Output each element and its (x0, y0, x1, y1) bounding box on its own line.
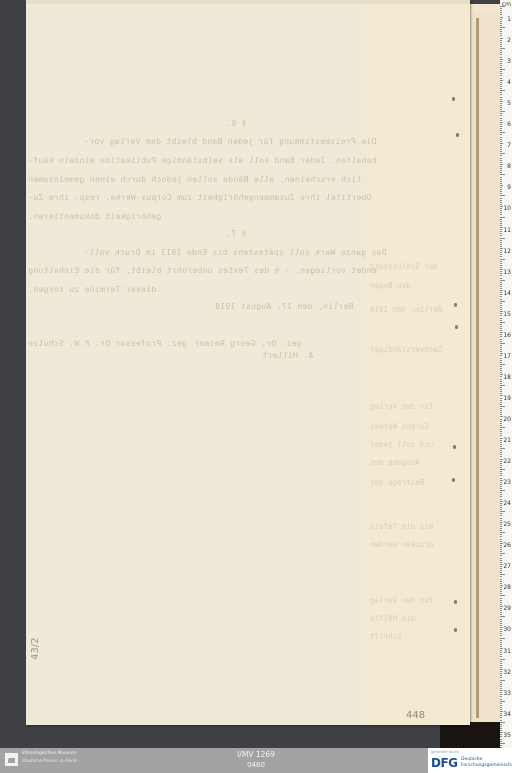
ruler-tick (500, 145, 502, 146)
ruler-tick (500, 677, 502, 678)
ruler-tick (500, 130, 502, 131)
ruler-tick (500, 231, 502, 232)
ruler-tick (500, 595, 505, 596)
ruler-tick (500, 17, 503, 18)
ruler-tick (500, 168, 502, 169)
ruler-tick (500, 84, 502, 85)
ruler-tick (500, 429, 502, 430)
ruler-tick (500, 682, 502, 683)
ruler-tick (500, 467, 502, 468)
ruler-tick (500, 82, 502, 83)
ruler-tick (500, 65, 502, 66)
ruler-tick (500, 421, 502, 422)
ruler-tick (500, 118, 502, 119)
ruler-tick (500, 469, 505, 470)
ruler-tick (500, 61, 502, 62)
ruler-tick (500, 63, 502, 64)
ruler-tick (500, 261, 502, 262)
ruler-tick (500, 364, 505, 365)
document-text-line: lich erscheinen, alle Bände sollen jedoc… (28, 174, 361, 184)
ruler-tick (500, 579, 502, 580)
ruler-tick (500, 107, 502, 108)
ruler-tick (500, 680, 505, 681)
ruler-tick (500, 547, 502, 548)
bleedthrough-text-line: Sachverständiger (370, 345, 442, 354)
funded-by-label: gefördert durch (431, 750, 459, 754)
ruler-tick (500, 513, 502, 514)
ruler-tick (500, 686, 502, 687)
ruler-tick (500, 67, 502, 68)
ruler-tick (500, 242, 502, 243)
ruler-tick (500, 126, 502, 127)
ruler-tick (500, 78, 502, 79)
ruler-tick (500, 8, 502, 9)
ruler-tick (500, 244, 502, 245)
ruler-number: 4 (507, 79, 511, 86)
ruler-tick (500, 73, 502, 74)
ruler-tick (500, 360, 502, 361)
ruler-tick (500, 349, 502, 350)
ruler-tick (500, 14, 502, 15)
ruler-tick (500, 383, 502, 384)
ruler-tick (500, 221, 502, 222)
bleedthrough-text-line: Corpus Werkes (370, 422, 429, 431)
ruler-tick (500, 141, 502, 142)
ruler-tick (500, 284, 502, 285)
document-text-line: § 6. (226, 118, 247, 128)
ruler-tick (500, 511, 505, 512)
ruler-tick (500, 494, 502, 495)
ruler-number: 15 (503, 311, 511, 318)
ruler-tick (500, 250, 502, 251)
ruler-tick (500, 743, 505, 744)
ruler-tick (500, 50, 502, 51)
ruler-tick (500, 355, 502, 356)
ruler-tick (500, 665, 502, 666)
ruler-tick (500, 124, 502, 125)
ruler-tick (500, 724, 502, 725)
punch-hole (454, 600, 457, 604)
ruler-tick (500, 598, 502, 599)
ruler-tick (500, 288, 502, 289)
ruler-number: 27 (503, 563, 511, 570)
ruler-tick (500, 568, 502, 569)
ruler-tick (500, 589, 502, 590)
ruler-number: 6 (507, 121, 511, 128)
ruler-tick (500, 486, 502, 487)
ruler-tick (500, 320, 502, 321)
ruler-tick (500, 372, 502, 373)
ruler-number: 18 (503, 374, 511, 381)
document-text-line: § 7. (226, 228, 247, 238)
ruler-tick (500, 179, 502, 180)
ruler-tick (500, 153, 505, 154)
ruler-tick (500, 256, 502, 257)
ruler-tick (500, 625, 502, 626)
ruler-tick (500, 271, 502, 272)
ruler-tick (500, 111, 505, 112)
ruler-number: 14 (503, 290, 511, 297)
ruler-tick (500, 339, 502, 340)
ruler-tick (500, 370, 502, 371)
ruler-number: 10 (503, 205, 511, 212)
ruler-tick (500, 435, 502, 436)
document-text-line: dieser Termine zu sorgen. (28, 284, 156, 294)
ruler-tick (500, 246, 502, 247)
ruler-tick (500, 454, 502, 455)
ruler-tick (500, 115, 502, 116)
ruler-tick (500, 650, 502, 651)
ruler-tick (500, 635, 502, 636)
ruler-tick (500, 496, 502, 497)
ruler-tick (500, 328, 502, 329)
ruler-tick (500, 699, 502, 700)
ruler-tick (500, 570, 502, 571)
ruler-tick (500, 492, 502, 493)
ruler-tick (500, 109, 502, 110)
ruler-tick (500, 410, 502, 411)
ruler-tick (500, 414, 502, 415)
ruler-tick (500, 113, 502, 114)
ruler-tick (500, 313, 502, 314)
ruler-tick (500, 709, 502, 710)
ruler-tick (500, 728, 502, 729)
ruler-tick (500, 296, 502, 297)
ruler-tick (500, 440, 502, 441)
ruler-tick (500, 387, 502, 388)
dfg-logo-icon: DFG (431, 756, 458, 770)
ruler-tick (500, 299, 502, 300)
ruler-tick (500, 715, 502, 716)
ruler-tick (500, 602, 502, 603)
ruler-tick (500, 518, 502, 519)
ruler-tick (500, 463, 502, 464)
ruler-tick (500, 345, 502, 346)
ruler-tick (500, 368, 502, 369)
ruler-tick (500, 33, 502, 34)
ruler-tick (500, 608, 502, 609)
ruler-tick (500, 507, 502, 508)
ruler-tick (500, 465, 502, 466)
ruler-tick (500, 621, 502, 622)
ruler-tick (500, 381, 502, 382)
ruler-tick (500, 614, 502, 615)
ruler-number: 7 (507, 142, 511, 149)
ruler-tick (500, 673, 502, 674)
ruler-tick (500, 629, 502, 630)
ruler-tick (500, 137, 502, 138)
ruler-tick (500, 376, 502, 377)
ruler-number: 35 (503, 732, 511, 739)
ruler-tick (500, 162, 502, 163)
ruler-tick (500, 204, 502, 205)
ruler-number: 12 (503, 248, 511, 255)
ruler-tick (500, 545, 502, 546)
ruler-tick (500, 433, 502, 434)
page-top-edge (26, 0, 470, 4)
ruler-tick (500, 633, 502, 634)
ruler-tick (500, 21, 502, 22)
ruler-tick (500, 612, 502, 613)
ruler-tick (500, 273, 502, 274)
ruler-tick (500, 40, 502, 41)
ruler-tick (500, 530, 502, 531)
ruler-tick (500, 139, 502, 140)
ruler-tick (500, 558, 502, 559)
document-text-line: gehörigkeit dokumentieren. (28, 211, 161, 221)
document-text-line: endet vorliegen, - ½ des Textes unberühr… (28, 265, 377, 275)
ruler-tick (500, 696, 502, 697)
ruler-number: 23 (503, 479, 511, 486)
ruler-tick (500, 155, 502, 156)
ruler-tick (500, 423, 502, 424)
ruler-tick (500, 38, 503, 39)
ruler-tick (500, 694, 502, 695)
ruler-tick (500, 358, 502, 359)
ruler-tick (500, 661, 502, 662)
ruler-tick (500, 94, 502, 95)
ruler-tick (500, 160, 502, 161)
ruler-tick (500, 398, 502, 399)
ruler-tick (500, 42, 502, 43)
punch-hole (452, 478, 455, 482)
ruler-tick (500, 267, 502, 268)
bleedthrough-text-line: der Schlusssatz (370, 262, 438, 271)
ruler-tick (500, 198, 502, 199)
punch-hole (453, 445, 456, 449)
ruler-tick (500, 229, 502, 230)
ruler-tick (500, 452, 502, 453)
ruler-tick (500, 280, 505, 281)
ruler-tick (500, 379, 502, 380)
ruler-tick (500, 86, 502, 87)
ruler-tick (500, 505, 502, 506)
punch-hole (454, 303, 457, 307)
ruler-tick (500, 309, 502, 310)
ruler-tick (500, 19, 502, 20)
ruler-tick (500, 366, 502, 367)
ruler-tick (500, 97, 502, 98)
ruler-tick (500, 307, 502, 308)
ruler-tick (500, 25, 502, 26)
ruler-tick (500, 646, 502, 647)
ruler-number: 25 (503, 521, 511, 528)
punch-hole (456, 133, 459, 137)
ruler-tick (500, 195, 505, 196)
ruler-tick (500, 623, 502, 624)
ruler-number: 22 (503, 458, 511, 465)
funder-name-line1: Deutsche (461, 757, 482, 762)
ruler-tick (500, 99, 502, 100)
handwritten-page-number: 448 (406, 710, 425, 721)
ruler-tick (500, 566, 502, 567)
cm-ruler: cm 1234567891011121314151617181920212223… (500, 0, 512, 748)
ruler-tick (500, 456, 502, 457)
ruler-number: 29 (503, 605, 511, 612)
ruler-tick (500, 736, 502, 737)
ruler-tick (500, 191, 502, 192)
ruler-tick (500, 52, 502, 53)
ruler-tick (500, 92, 502, 93)
ruler-tick (500, 526, 502, 527)
ruler-tick (500, 330, 502, 331)
ruler-tick (500, 35, 502, 36)
ruler-tick (500, 741, 502, 742)
ruler-tick (500, 675, 502, 676)
bleedthrough-text-line: und soll jeder (370, 440, 433, 449)
ruler-tick (500, 185, 503, 186)
ruler-tick (500, 305, 502, 306)
ruler-tick (500, 425, 502, 426)
ruler-tick (500, 532, 505, 533)
ruler-tick (500, 80, 503, 81)
ruler-tick (500, 101, 503, 102)
ruler-tick (500, 172, 502, 173)
ruler-tick (500, 701, 505, 702)
ruler-tick (500, 238, 505, 239)
ruler-tick (500, 286, 502, 287)
ruler-tick (500, 427, 505, 428)
ruler-tick (500, 324, 502, 325)
ruler-tick (500, 659, 505, 660)
ruler-tick (500, 616, 505, 617)
ruler-tick (500, 122, 503, 123)
ruler-tick (500, 181, 502, 182)
document-text-line: Berlin, den 17. August 1910 (215, 301, 354, 311)
document-text-line: Das ganze Werk soll spätestens bis Ende … (84, 247, 387, 257)
document-text-line: A. Hillert (262, 350, 313, 360)
ruler-tick (500, 347, 502, 348)
ruler-tick (500, 6, 505, 7)
bleedthrough-text-line: Ausgabe des (370, 458, 420, 467)
ruler-number: 33 (503, 690, 511, 697)
ruler-tick (500, 444, 502, 445)
ruler-tick (500, 705, 502, 706)
ruler-tick (500, 478, 502, 479)
ruler-tick (500, 59, 503, 60)
ruler-tick (500, 44, 502, 45)
archive-footer-bar: Ethnologisches Museum Staatliche Museen … (0, 748, 512, 773)
page-fold-shadow (476, 18, 479, 718)
ruler-tick (500, 688, 502, 689)
ruler-tick (500, 170, 502, 171)
ruler-number: 26 (503, 542, 511, 549)
bleedthrough-text-line: bis die Tafeln (370, 522, 433, 531)
ruler-tick (500, 536, 502, 537)
ruler-tick (500, 482, 502, 483)
ruler-number: 34 (503, 711, 511, 718)
bleedthrough-text-line: Schrift (370, 632, 402, 641)
ruler-tick (500, 654, 502, 655)
ruler-number: 3 (507, 58, 511, 65)
ruler-tick (500, 318, 502, 319)
ruler-tick (500, 509, 502, 510)
binding-shadow (440, 722, 500, 748)
ruler-tick (500, 475, 502, 476)
ruler-tick (500, 541, 502, 542)
ruler-tick (500, 223, 502, 224)
ruler-tick (500, 303, 502, 304)
ruler-tick (500, 240, 502, 241)
ruler-number: 11 (503, 227, 511, 234)
ruler-tick (500, 292, 502, 293)
ruler-tick (500, 294, 502, 295)
bleedthrough-text-line: die Hälfte (370, 614, 415, 623)
ruler-tick (500, 351, 502, 352)
ruler-tick (500, 301, 505, 302)
ruler-number: 28 (503, 584, 511, 591)
ruler-tick (500, 71, 502, 72)
ruler-tick (500, 488, 502, 489)
ruler-tick (500, 412, 502, 413)
ruler-tick (500, 404, 502, 405)
punch-hole (455, 325, 458, 329)
document-text-line: behalten. Jeder Band soll als selbständi… (28, 155, 377, 165)
ruler-number: 1 (507, 16, 511, 23)
ruler-tick (500, 539, 502, 540)
ruler-tick (500, 214, 502, 215)
funder-panel: gefördert durch DFG Deutsche Forschungsg… (428, 748, 512, 773)
ruler-tick (500, 652, 502, 653)
ruler-tick (500, 174, 505, 175)
ruler-tick (500, 134, 502, 135)
ruler-tick (500, 520, 502, 521)
ruler-tick (500, 103, 502, 104)
ruler-tick (500, 233, 502, 234)
ruler-tick (500, 235, 502, 236)
ruler-tick (500, 574, 505, 575)
ruler-tick (500, 225, 502, 226)
ruler-tick (500, 473, 502, 474)
ruler-tick (500, 638, 505, 639)
ruler-tick (500, 88, 502, 89)
ruler-tick (500, 471, 502, 472)
ruler-tick (500, 610, 502, 611)
ruler-tick (500, 402, 502, 403)
ruler-tick (500, 503, 502, 504)
ruler-number: 2 (507, 37, 511, 44)
ruler-tick (500, 400, 502, 401)
ruler-tick (500, 166, 502, 167)
ruler-tick (500, 132, 505, 133)
ruler-tick (500, 431, 502, 432)
ruler-tick (500, 663, 502, 664)
ruler-tick (500, 461, 502, 462)
ruler-number: 17 (503, 353, 511, 360)
ruler-tick (500, 193, 502, 194)
ruler-number: 5 (507, 100, 511, 107)
ruler-number: 16 (503, 332, 511, 339)
ruler-tick (500, 254, 502, 255)
ruler-tick (500, 275, 502, 276)
ruler-tick (500, 528, 502, 529)
ruler-tick (500, 385, 505, 386)
bleedthrough-text-line: Berlin, den 1910 (370, 305, 442, 314)
ruler-tick (500, 644, 502, 645)
ruler-tick (500, 583, 502, 584)
ruler-tick (500, 69, 505, 70)
document-text-line: Die Preisbestimmung für jeden Band bleib… (84, 136, 376, 146)
ruler-tick (500, 562, 502, 563)
ruler-tick (500, 707, 502, 708)
ruler-tick (500, 27, 505, 28)
ruler-tick (500, 31, 502, 32)
ruler-tick (500, 720, 502, 721)
ruler-tick (500, 587, 502, 588)
ruler-tick (500, 212, 502, 213)
ruler-tick (500, 446, 502, 447)
ruler-tick (500, 499, 502, 500)
